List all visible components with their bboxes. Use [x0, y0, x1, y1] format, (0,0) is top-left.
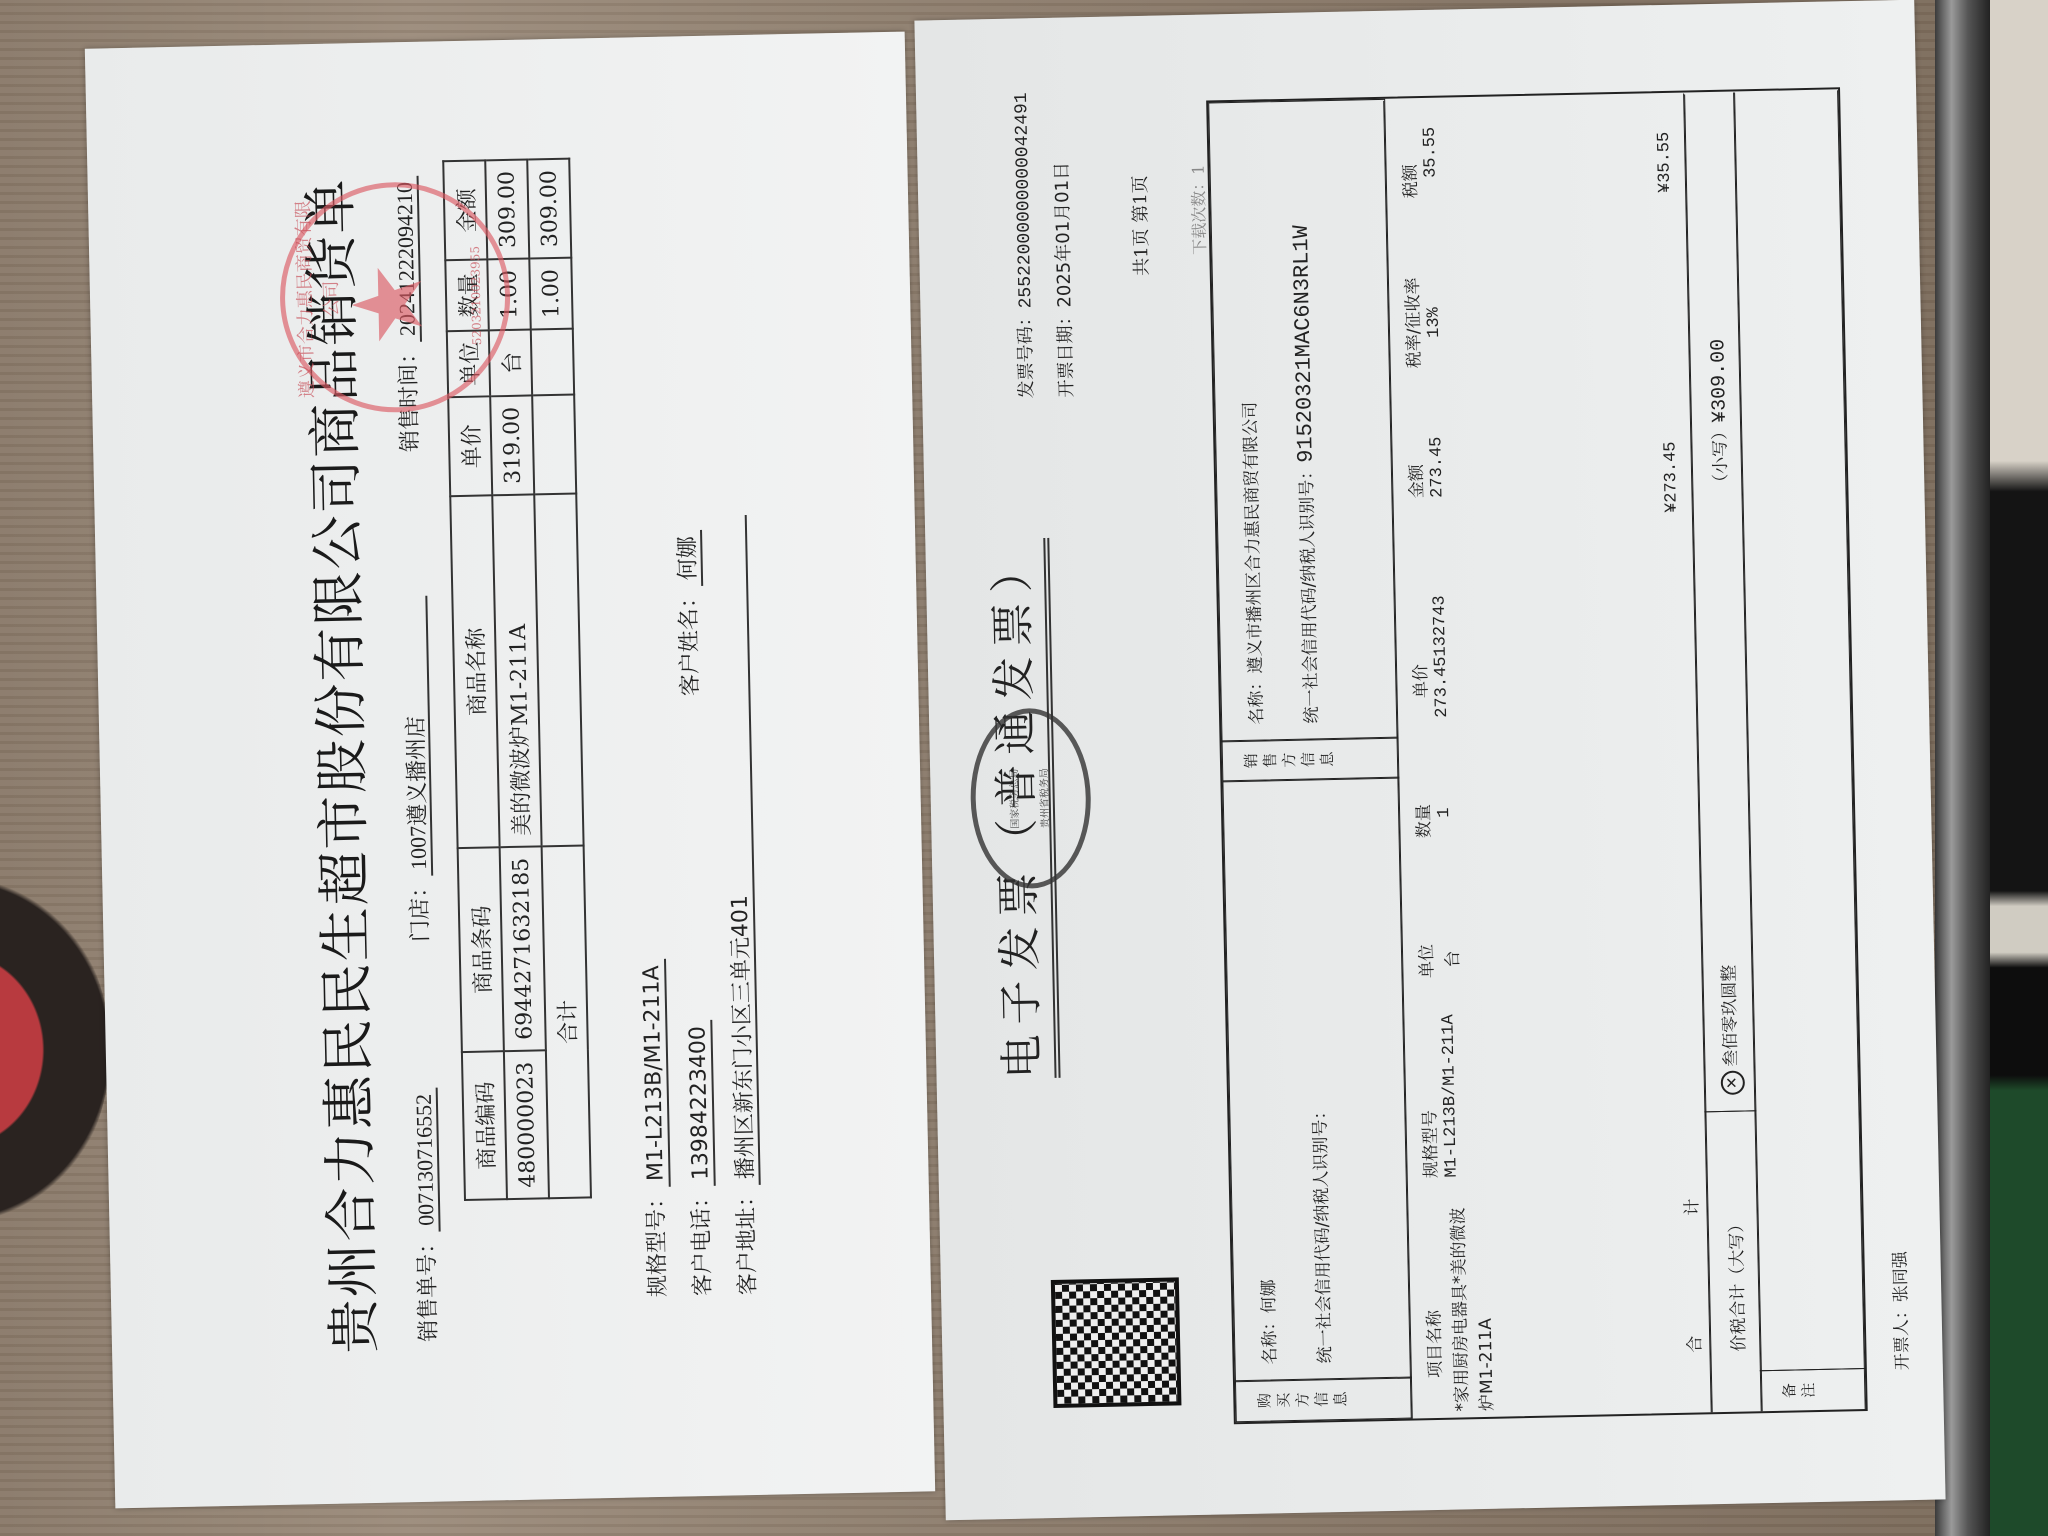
download-count: 下载次数：1 [1185, 164, 1210, 255]
sales-receipt: 贵州合力惠民民生超市股份有限公司商品销货单 销售单号：007130716552 … [85, 32, 935, 1509]
item-price: 273.45132743 [1431, 595, 1453, 718]
item-amount: 273.45 [1427, 436, 1447, 498]
page-indicator: 共1页 第1页 [1126, 175, 1154, 276]
item-qty: 1 [1435, 807, 1454, 818]
background-objects [1990, 0, 2048, 1536]
items-section: 项目名称 规格型号 单位 数量 单价 金额 税率/征收率 税额 *家用厨房电器具… [1383, 95, 1713, 1419]
item-rate: 13% [1425, 307, 1445, 338]
item-tax: 35.55 [1421, 127, 1441, 178]
star-icon: ★ [339, 260, 437, 348]
issuer: 开票人：张同强 [1885, 1251, 1912, 1370]
customer-address: 客户地址：播州区新东门小区三单元401 [715, 515, 762, 1295]
spec-model: 规格型号：M1-L213B/M1-211A [634, 959, 672, 1297]
buyer-info: 名称：何娜 统一社会信用代码/纳税人识别号： [1222, 777, 1412, 1383]
item-spec: M1-L213B/M1-211A [1439, 997, 1462, 1177]
total-label: 合计 [1675, 1078, 1706, 1352]
customer-name: 客户姓名：何娜 [670, 530, 704, 697]
electronic-invoice: 电子发票（普通发票） 国家税务总局 贵州省税务局 发票号码：2552200000… [914, 0, 1945, 1520]
total-tax: ¥35.55 [1655, 132, 1675, 194]
item-unit: 台 [1438, 950, 1463, 968]
seller-info: 名称：遵义市播州区合力惠民商贸有限公司 统一社会信用代码/纳税人识别号：9152… [1208, 99, 1398, 743]
total-amount: ¥273.45 [1661, 441, 1681, 513]
metal-rail [1935, 0, 1990, 1536]
order-number: 销售单号：007130716552 [407, 1088, 443, 1343]
grand-total-label: 价税合计（大写） [1704, 1110, 1762, 1412]
invoice-number: 发票号码：25522000000000042491 [1006, 92, 1038, 399]
customer-phone: 客户电话：13984223400 [680, 1020, 717, 1297]
seller-section-label: 销售方信息 [1222, 737, 1400, 783]
invoice-table: 购买方信息 名称：何娜 统一社会信用代码/纳税人识别号： 销售方信息 名称：遵义… [1206, 87, 1868, 1424]
invoice-date: 开票日期：2025年01月01日 [1047, 162, 1078, 398]
remarks-label: 备注 [1760, 1368, 1866, 1411]
close-circle-icon: ✕ [1721, 1070, 1745, 1094]
store: 门店：1007遵义播州店 [396, 596, 434, 943]
item-name: *家用厨房电器具*美的微波炉M1-211A [1443, 1191, 1498, 1412]
qr-code [1051, 1277, 1182, 1408]
buyer-section-label: 购买方信息 [1235, 1377, 1413, 1423]
